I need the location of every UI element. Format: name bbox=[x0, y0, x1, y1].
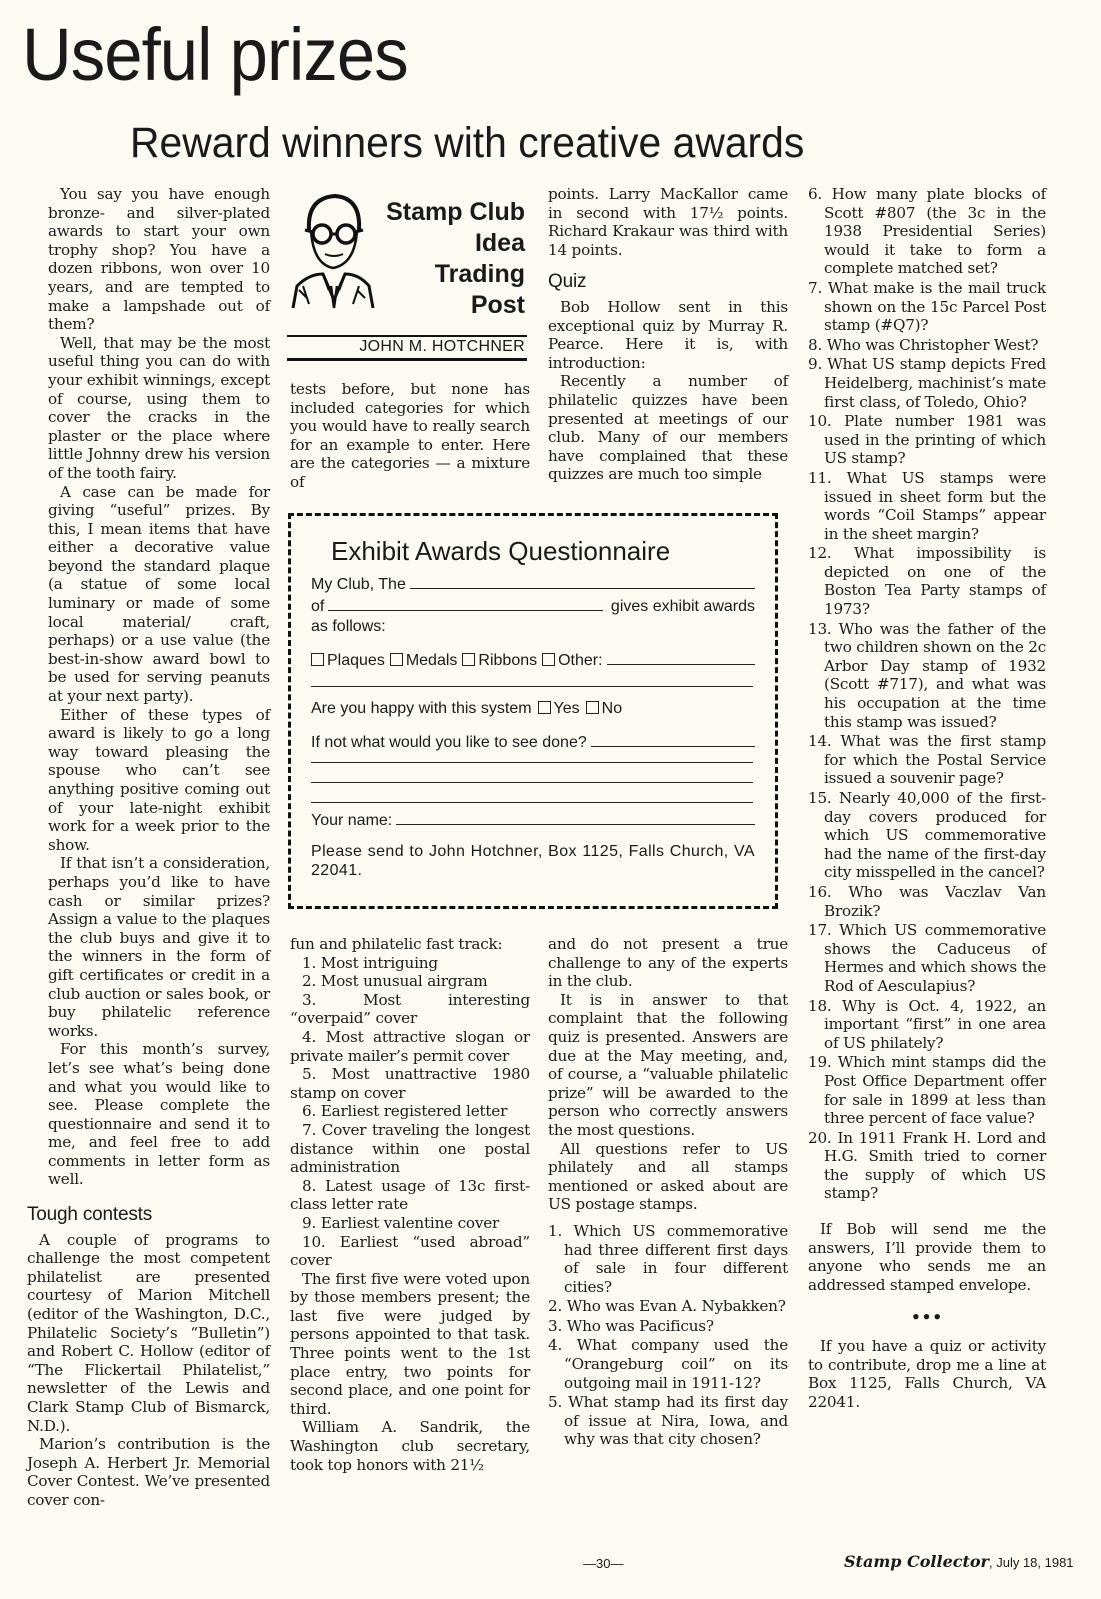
category-item: 8. Latest usage of 13c first-class lette… bbox=[290, 1177, 530, 1214]
option-label: No bbox=[602, 700, 622, 717]
paragraph: The first five were voted upon by those … bbox=[290, 1270, 530, 1419]
checkbox[interactable] bbox=[311, 653, 324, 666]
medals-option[interactable]: Medals bbox=[390, 652, 458, 670]
column-title-line: Trading bbox=[386, 259, 525, 290]
questionnaire-title: Exhibit Awards Questionnaire bbox=[331, 536, 670, 567]
paragraph: and do not present a true challenge to a… bbox=[548, 935, 788, 991]
publication-date: , July 18, 1981 bbox=[989, 1555, 1074, 1570]
option-label: Ribbons bbox=[478, 652, 537, 669]
name-label: Your name: bbox=[311, 812, 392, 830]
paragraph: For this month’s survey, let’s see what’… bbox=[48, 1040, 270, 1189]
category-item: 10. Earliest “used abroad” cover bbox=[290, 1233, 530, 1270]
quiz-question: 2. Who was Evan A. Nybakken? bbox=[548, 1297, 788, 1316]
club-name-field[interactable] bbox=[410, 574, 755, 589]
quiz-question: 7. What make is the mail truck shown on … bbox=[808, 279, 1046, 335]
separator-dots: ••• bbox=[808, 1308, 1046, 1327]
name-field[interactable] bbox=[396, 810, 755, 825]
category-item: 9. Earliest valentine cover bbox=[290, 1214, 530, 1233]
club-label: My Club, The bbox=[311, 576, 406, 594]
category-item: 1. Most intriguing bbox=[290, 954, 530, 973]
checkbox[interactable] bbox=[538, 701, 551, 714]
improve-field[interactable] bbox=[591, 732, 755, 747]
quiz-question: 3. Who was Pacificus? bbox=[548, 1317, 788, 1336]
category-item: 4. Most attractive slogan or private mai… bbox=[290, 1028, 530, 1065]
headline: Useful prizes bbox=[22, 18, 408, 92]
column-4: 6. How many plate blocks of Scott #807 (… bbox=[808, 185, 1046, 1411]
checkbox[interactable] bbox=[462, 653, 475, 666]
paragraph: Marion’s contribution is the Joseph A. H… bbox=[27, 1435, 270, 1509]
questionnaire-form: Exhibit Awards Questionnaire My Club, Th… bbox=[288, 513, 778, 909]
page-number: —30— bbox=[583, 1556, 623, 1571]
divider bbox=[287, 358, 527, 361]
column-title-line: Stamp Club bbox=[386, 197, 525, 228]
paragraph: A couple of programs to challenge the mo… bbox=[27, 1231, 270, 1436]
column-title-line: Idea bbox=[386, 228, 525, 259]
byline: JOHN M. HOTCHNER bbox=[359, 338, 525, 356]
column-title: Stamp Club Idea Trading Post bbox=[386, 197, 525, 321]
paragraph: If you have a quiz or activity to contri… bbox=[808, 1337, 1046, 1411]
gives-awards-label: gives exhibit awards bbox=[611, 598, 755, 616]
ribbons-option[interactable]: Ribbons bbox=[462, 652, 537, 670]
plaques-option[interactable]: Plaques bbox=[311, 652, 385, 670]
subheadline: Reward winners with creative awards bbox=[130, 122, 804, 165]
checkbox[interactable] bbox=[542, 653, 555, 666]
no-option[interactable]: No bbox=[586, 700, 622, 718]
quiz-question: 5. What stamp had its first day of issue… bbox=[548, 1393, 788, 1449]
author-portrait-icon bbox=[287, 190, 375, 310]
other-award-field[interactable] bbox=[607, 650, 755, 665]
paragraph: fun and philatelic fast track: bbox=[290, 935, 530, 954]
option-label: Yes bbox=[554, 700, 580, 717]
quiz-question: 16. Who was Vaczlav Van Brozik? bbox=[808, 883, 1046, 920]
paragraph: If Bob will send me the answers, I’ll pr… bbox=[808, 1220, 1046, 1294]
divider bbox=[287, 335, 527, 337]
paragraph: If that isn’t a consideration, perhaps y… bbox=[48, 854, 270, 1040]
improve-field-line[interactable] bbox=[311, 782, 753, 783]
quiz-question: 17. Which US commemorative shows the Cad… bbox=[808, 921, 1046, 995]
paragraph: Bob Hollow sent in this exceptional quiz… bbox=[548, 298, 788, 372]
paragraph: Well, that may be the most useful thing … bbox=[48, 334, 270, 483]
paragraph: Either of these types of award is likely… bbox=[48, 706, 270, 855]
quiz-question: 1. Which US commemorative had three diff… bbox=[548, 1222, 788, 1296]
of-label: of bbox=[311, 598, 324, 616]
as-follows-label: as follows: bbox=[311, 618, 386, 636]
send-to-text: Please send to John Hotchner, Box 1125, … bbox=[311, 842, 755, 880]
paragraph: A case can be made for giving “useful” p… bbox=[48, 483, 270, 706]
section-heading-tough-contests: Tough contests bbox=[27, 1206, 270, 1225]
other-award-field-line[interactable] bbox=[311, 686, 753, 687]
quiz-question: 11. What US stamps were issued in sheet … bbox=[808, 469, 1046, 543]
category-item: 2. Most unusual airgram bbox=[290, 972, 530, 991]
column-1-lower: Tough contests A couple of programs to c… bbox=[27, 1200, 270, 1510]
quiz-question: 6. How many plate blocks of Scott #807 (… bbox=[808, 185, 1046, 278]
quiz-question: 14. What was the first stamp for which t… bbox=[808, 732, 1046, 788]
quiz-question: 18. Why is Oct. 4, 1922, an important “f… bbox=[808, 997, 1046, 1053]
checkbox[interactable] bbox=[586, 701, 599, 714]
quiz-question: 8. Who was Christopher West? bbox=[808, 336, 1046, 355]
category-item: 7. Cover traveling the longest distance … bbox=[290, 1121, 530, 1177]
publication-credit: Stamp Collector, July 18, 1981 bbox=[844, 1552, 1074, 1571]
category-item: 3. Most interesting “overpaid” cover bbox=[290, 991, 530, 1028]
quiz-question: 13. Who was the father of the two childr… bbox=[808, 620, 1046, 732]
category-item: 5. Most unattractive 1980 stamp on cover bbox=[290, 1065, 530, 1102]
paragraph: William A. Sandrik, the Washington club … bbox=[290, 1418, 530, 1474]
option-label: Plaques bbox=[327, 652, 385, 669]
section-heading-quiz: Quiz bbox=[548, 273, 788, 292]
paragraph: tests before, but none has included cate… bbox=[290, 380, 530, 492]
quiz-question: 19. Which mint stamps did the Post Offic… bbox=[808, 1053, 1046, 1127]
paragraph: You say you have enough bronze- and silv… bbox=[48, 185, 270, 334]
column-2: tests before, but none has included cate… bbox=[290, 380, 530, 492]
column-2-lower: fun and philatelic fast track: 1. Most i… bbox=[290, 935, 530, 1474]
column-1: You say you have enough bronze- and silv… bbox=[48, 185, 270, 1189]
quiz-question: 10. Plate number 1981 was used in the pr… bbox=[808, 412, 1046, 468]
club-location-field[interactable] bbox=[328, 596, 603, 611]
paragraph: It is in answer to that complaint that t… bbox=[548, 991, 788, 1140]
category-item: 6. Earliest registered letter bbox=[290, 1102, 530, 1121]
option-label: Other: bbox=[558, 652, 602, 669]
checkbox[interactable] bbox=[390, 653, 403, 666]
paragraph: All questions refer to US philately and … bbox=[548, 1140, 788, 1214]
improve-label: If not what would you like to see done? bbox=[311, 734, 587, 752]
column-3: points. Larry MacKallor came in second w… bbox=[548, 185, 788, 484]
paragraph: Recently a number of philatelic quizzes … bbox=[548, 372, 788, 484]
column-title-line: Post bbox=[386, 290, 525, 321]
quiz-question: 4. What company used the “Orangeburg coi… bbox=[548, 1336, 788, 1392]
publication-name: Stamp Collector bbox=[844, 1552, 989, 1571]
quiz-question: 15. Nearly 40,000 of the first-day cover… bbox=[808, 789, 1046, 882]
improve-field-line[interactable] bbox=[311, 762, 753, 763]
column-header: Stamp Club Idea Trading Post JOHN M. HOT… bbox=[287, 185, 527, 357]
quiz-question: 9. What US stamp depicts Fred Heidelberg… bbox=[808, 355, 1046, 411]
happy-label: Are you happy with this system bbox=[311, 700, 532, 718]
improve-field-line[interactable] bbox=[311, 802, 753, 803]
option-label: Medals bbox=[406, 652, 458, 669]
quiz-question: 12. What impossibility is depicted on on… bbox=[808, 544, 1046, 618]
paragraph: points. Larry MacKallor came in second w… bbox=[548, 185, 788, 259]
other-option[interactable]: Other: bbox=[542, 652, 602, 670]
quiz-question: 20. In 1911 Frank H. Lord and H.G. Smith… bbox=[808, 1129, 1046, 1203]
column-3-lower: and do not present a true challenge to a… bbox=[548, 935, 788, 1450]
yes-option[interactable]: Yes bbox=[538, 700, 580, 718]
